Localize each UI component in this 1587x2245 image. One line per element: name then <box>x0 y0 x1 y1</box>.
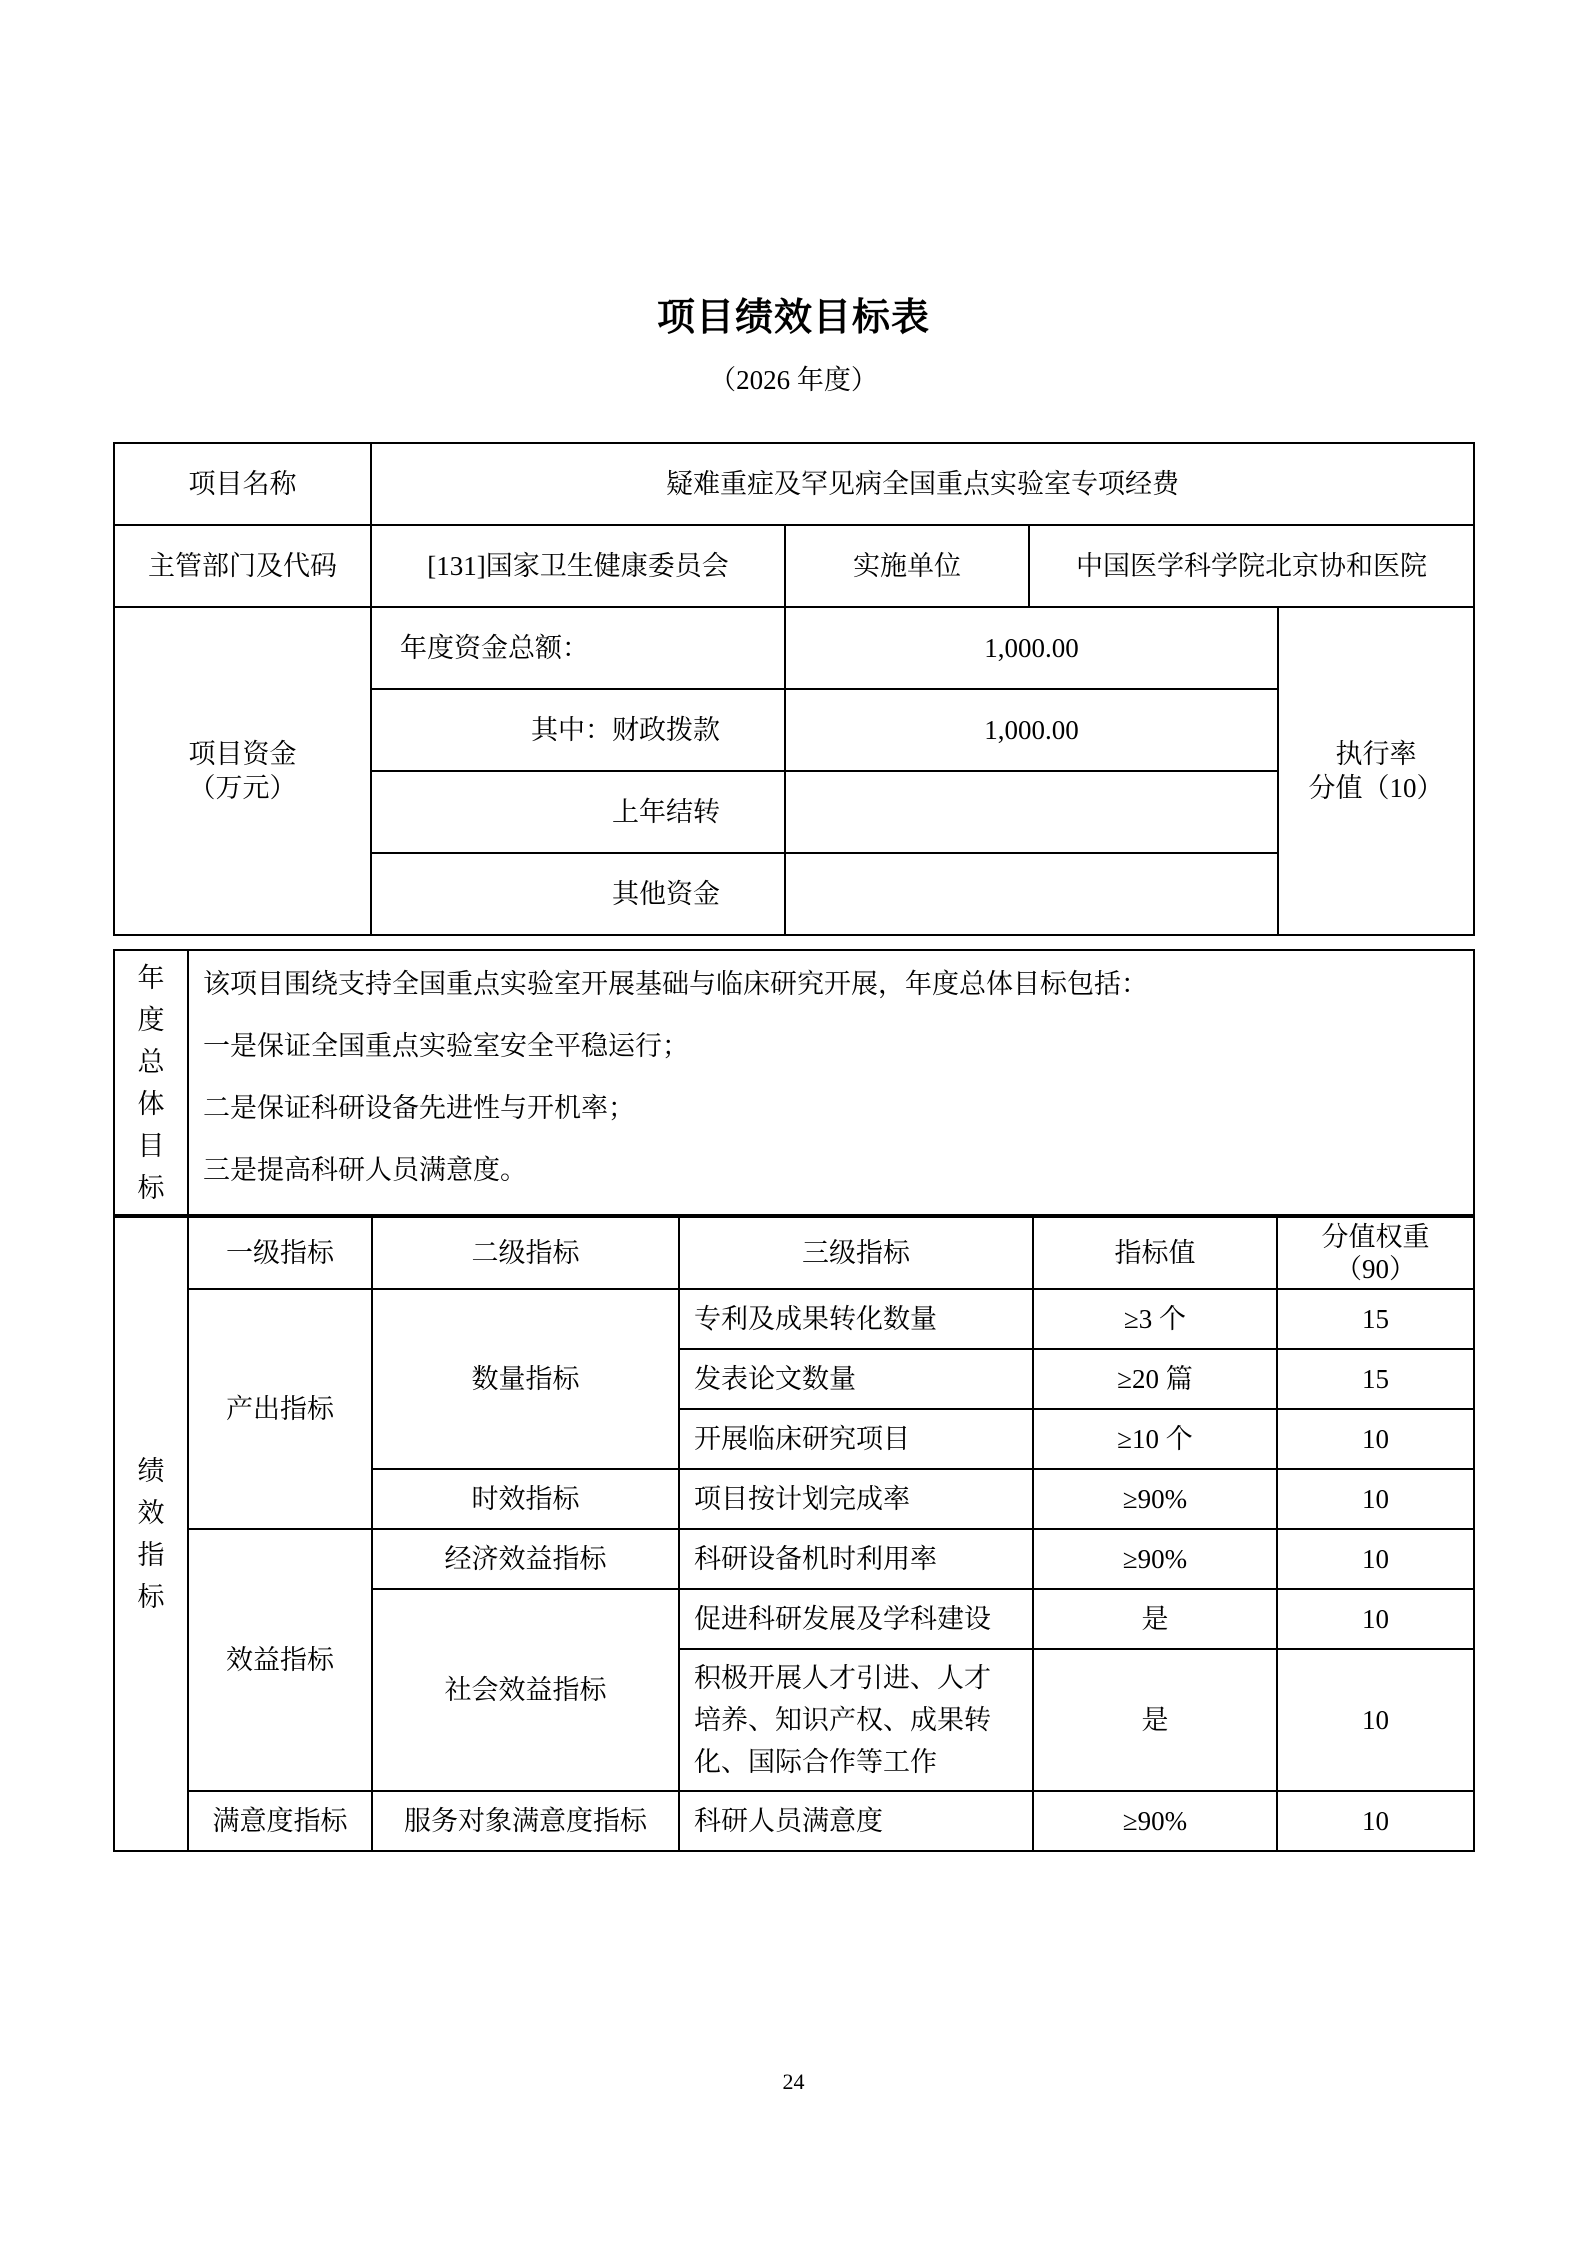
indicator-weight: 10 <box>1277 1409 1474 1469</box>
indicator-weight: 15 <box>1277 1349 1474 1409</box>
subgroup-service: 服务对象满意度指标 <box>372 1791 679 1851</box>
department-value: [131]国家卫生健康委员会 <box>371 525 785 607</box>
funds-label: 项目资金 （万元） <box>114 607 371 935</box>
goal-label-char: 标 <box>115 1167 187 1209</box>
indicator-name: 科研人员满意度 <box>679 1791 1033 1851</box>
department-label: 主管部门及代码 <box>114 525 371 607</box>
indicator-name: 项目按计划完成率 <box>679 1469 1033 1529</box>
indicator-weight: 10 <box>1277 1529 1474 1589</box>
annual-goals-text: 该项目围绕支持全国重点实验室开展基础与临床研究开展，年度总体目标包括： 一是保证… <box>188 950 1474 1215</box>
header-level2: 二级指标 <box>372 1217 679 1289</box>
group-satisfaction: 满意度指标 <box>188 1791 372 1851</box>
indicator-name: 科研设备机时利用率 <box>679 1529 1033 1589</box>
indicator-value: ≥20 篇 <box>1033 1349 1277 1409</box>
funds-carryover-label: 上年结转 <box>371 771 785 853</box>
header-level3: 三级指标 <box>679 1217 1033 1289</box>
goal-line-2: 二是保证科研设备先进性与开机率； <box>203 1077 1473 1139</box>
indicator-name-multiline: 积极开展人才引进、人才 培养、知识产权、成果转 化、国际合作等工作 <box>679 1649 1033 1791</box>
indicator-label-char: 效 <box>115 1492 187 1534</box>
goal-line-3: 三是提高科研人员满意度。 <box>203 1139 1473 1201</box>
indicator-value: ≥3 个 <box>1033 1289 1277 1349</box>
indicator-label-char: 绩 <box>115 1450 187 1492</box>
funds-total-label: 年度资金总额： <box>371 607 785 689</box>
execution-rate-line1: 执行率 <box>1279 737 1473 771</box>
execution-rate-cell: 执行率 分值（10） <box>1278 607 1474 935</box>
funds-label-line2: （万元） <box>115 771 370 805</box>
header-weight-line2: （90） <box>1278 1253 1473 1285</box>
indicator-label-char: 标 <box>115 1576 187 1618</box>
page-title: 项目绩效目标表 <box>0 292 1587 342</box>
goal-label-char: 总 <box>115 1041 187 1083</box>
subgroup-economic: 经济效益指标 <box>372 1529 679 1589</box>
annual-goals-label: 年 度 总 体 目 标 <box>114 950 188 1215</box>
indicator-value: ≥90% <box>1033 1529 1277 1589</box>
header-weight-line1: 分值权重 <box>1278 1221 1473 1253</box>
project-name-value: 疑难重症及罕见病全国重点实验室专项经费 <box>371 443 1474 525</box>
execution-rate-line2: 分值（10） <box>1279 771 1473 805</box>
implementer-label: 实施单位 <box>785 525 1029 607</box>
funds-label-line1: 项目资金 <box>115 737 370 771</box>
page-subtitle-year: （2026 年度） <box>0 362 1587 398</box>
indicator-value: ≥90% <box>1033 1469 1277 1529</box>
indicator-name: 专利及成果转化数量 <box>679 1289 1033 1349</box>
project-name-label: 项目名称 <box>114 443 371 525</box>
indicator-weight: 10 <box>1277 1469 1474 1529</box>
header-weight: 分值权重 （90） <box>1277 1217 1474 1289</box>
goal-label-char: 年 <box>115 957 187 999</box>
funds-carryover-value <box>785 771 1278 853</box>
indicator-name-line: 化、国际合作等工作 <box>694 1741 1032 1783</box>
indicator-name: 发表论文数量 <box>679 1349 1033 1409</box>
subgroup-social: 社会效益指标 <box>372 1589 679 1791</box>
indicator-name-line: 积极开展人才引进、人才 <box>694 1657 1032 1699</box>
indicator-name-line: 培养、知识产权、成果转 <box>694 1699 1032 1741</box>
indicator-name: 开展临床研究项目 <box>679 1409 1033 1469</box>
subgroup-timeliness: 时效指标 <box>372 1469 679 1529</box>
group-output: 产出指标 <box>188 1289 372 1529</box>
goal-label-char: 目 <box>115 1125 187 1167</box>
indicator-weight: 15 <box>1277 1289 1474 1349</box>
indicator-weight: 10 <box>1277 1649 1474 1791</box>
indicator-name: 促进科研发展及学科建设 <box>679 1589 1033 1649</box>
funds-fiscal-value: 1,000.00 <box>785 689 1278 771</box>
indicator-weight: 10 <box>1277 1791 1474 1851</box>
indicator-value: 是 <box>1033 1649 1277 1791</box>
annual-goals-table: 年 度 总 体 目 标 该项目围绕支持全国重点实验室开展基础与临床研究开展，年度… <box>113 949 1475 1216</box>
funds-other-label: 其他资金 <box>371 853 785 935</box>
project-info-table: 项目名称 疑难重症及罕见病全国重点实验室专项经费 主管部门及代码 [131]国家… <box>113 442 1475 936</box>
goal-line-1: 一是保证全国重点实验室安全平稳运行； <box>203 1015 1473 1077</box>
page-number: 24 <box>0 2068 1587 2096</box>
indicator-value: 是 <box>1033 1589 1277 1649</box>
header-value: 指标值 <box>1033 1217 1277 1289</box>
indicator-value: ≥10 个 <box>1033 1409 1277 1469</box>
indicator-weight: 10 <box>1277 1589 1474 1649</box>
indicator-value: ≥90% <box>1033 1791 1277 1851</box>
implementer-value: 中国医学科学院北京协和医院 <box>1029 525 1474 607</box>
goal-label-char: 度 <box>115 999 187 1041</box>
funds-total-value: 1,000.00 <box>785 607 1278 689</box>
indicators-label: 绩 效 指 标 <box>114 1217 188 1851</box>
header-level1: 一级指标 <box>188 1217 372 1289</box>
performance-indicators-table: 绩 效 指 标 一级指标 二级指标 三级指标 指标值 分值权重 （90） 产出指… <box>113 1216 1475 1852</box>
goal-label-char: 体 <box>115 1083 187 1125</box>
goal-line-intro: 该项目围绕支持全国重点实验室开展基础与临床研究开展，年度总体目标包括： <box>203 953 1473 1015</box>
subgroup-quantity: 数量指标 <box>372 1289 679 1469</box>
funds-other-value <box>785 853 1278 935</box>
group-benefit: 效益指标 <box>188 1529 372 1791</box>
indicator-label-char: 指 <box>115 1534 187 1576</box>
funds-fiscal-label: 其中：财政拨款 <box>371 689 785 771</box>
